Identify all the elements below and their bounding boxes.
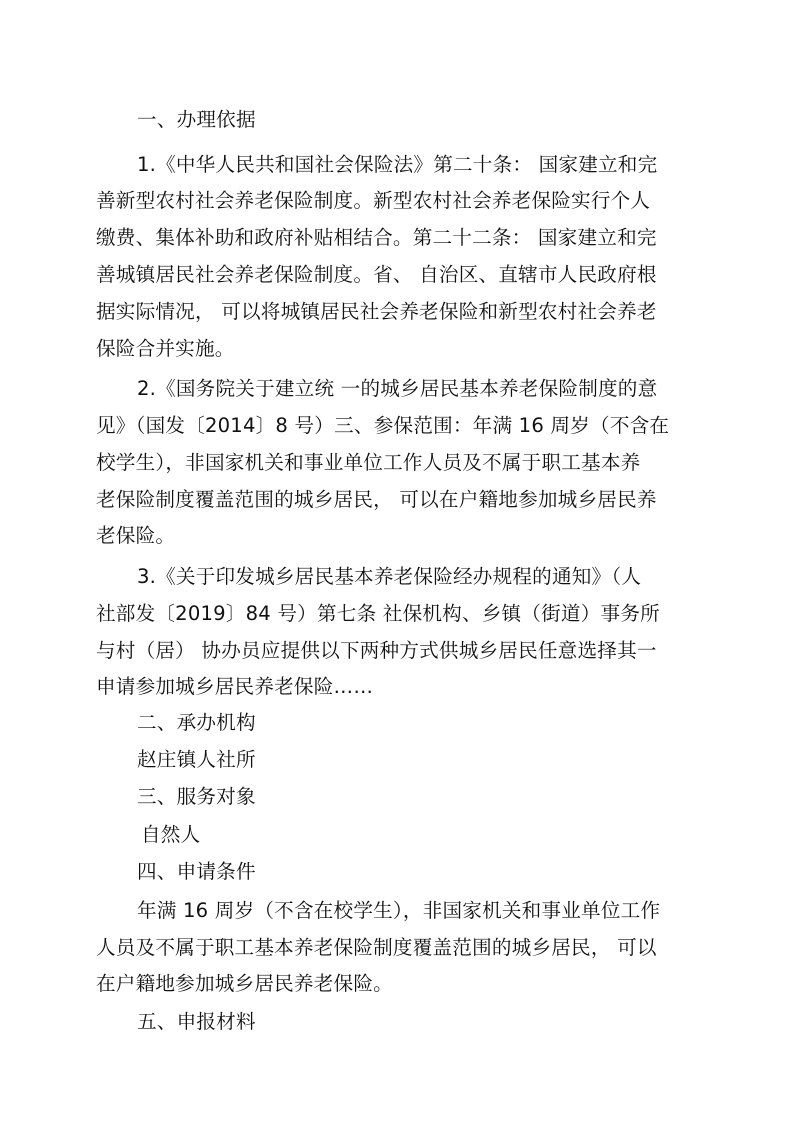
paragraph-line: 与村（居） 协办员应提供以下两种方式供城乡居民任意选择其一	[96, 638, 657, 664]
paragraph-line: 老保险制度覆盖范围的城乡居民， 可以在户籍地参加城乡居民养	[96, 487, 657, 513]
section-heading-conditions: 四、申请条件	[137, 859, 256, 885]
paragraph-line: 年满 16 周岁（不含在校学生），非国家机关和事业单位工作	[137, 898, 660, 924]
paragraph-line: 善新型农村社会养老保险制度。新型农村社会养老保险实行个人	[96, 188, 650, 214]
paragraph-line: 善城镇居民社会养老保险制度。省、 自治区、直辖市人民政府根	[96, 262, 657, 288]
paragraph-line: 在户籍地参加城乡居民养老保险。	[96, 971, 393, 997]
paragraph-line: 2.《国务院关于建立统 一的城乡居民基本养老保险制度的意	[137, 376, 657, 402]
paragraph-line: 据实际情况， 可以将城镇居民社会养老保险和新型农村社会养老	[96, 299, 657, 325]
paragraph-line: 人员及不属于职工基本养老保险制度覆盖范围的城乡居民， 可以	[96, 935, 657, 961]
section-heading-basis: 一、办理依据	[137, 107, 256, 133]
document-page: 一、办理依据 1.《中华人民共和国社会保险法》第二十条： 国家建立和完 善新型农…	[0, 0, 793, 1122]
paragraph-line: 校学生），非国家机关和事业单位工作人员及不属于职工基本养	[96, 450, 640, 476]
paragraph-line: 1.《中华人民共和国社会保险法》第二十条： 国家建立和完	[137, 152, 657, 178]
paragraph-line: 保险合并实施。	[96, 336, 235, 362]
paragraph-line: 缴费、集体补助和政府补贴相结合。第二十二条： 国家建立和完	[96, 225, 657, 251]
section-heading-materials: 五、申报材料	[137, 1009, 256, 1035]
section-body-agency: 赵庄镇人社所	[137, 747, 256, 773]
paragraph-line: 社部发〔2019〕84 号）第七条 社保机构、乡镇（街道）事务所	[96, 601, 660, 627]
section-heading-service-target: 三、服务对象	[137, 784, 256, 810]
section-heading-agency: 二、承办机构	[137, 710, 256, 736]
section-body-service-target: 自然人	[141, 822, 200, 848]
paragraph-line: 见》（国发〔2014〕8 号）三、参保范围：年满 16 周岁（不含在	[96, 413, 669, 439]
paragraph-line: 3.《关于印发城乡居民基本养老保险经办规程的通知》（人	[137, 564, 641, 590]
paragraph-line: 老保险。	[96, 523, 175, 549]
paragraph-line: 申请参加城乡居民养老保险……	[96, 674, 373, 700]
